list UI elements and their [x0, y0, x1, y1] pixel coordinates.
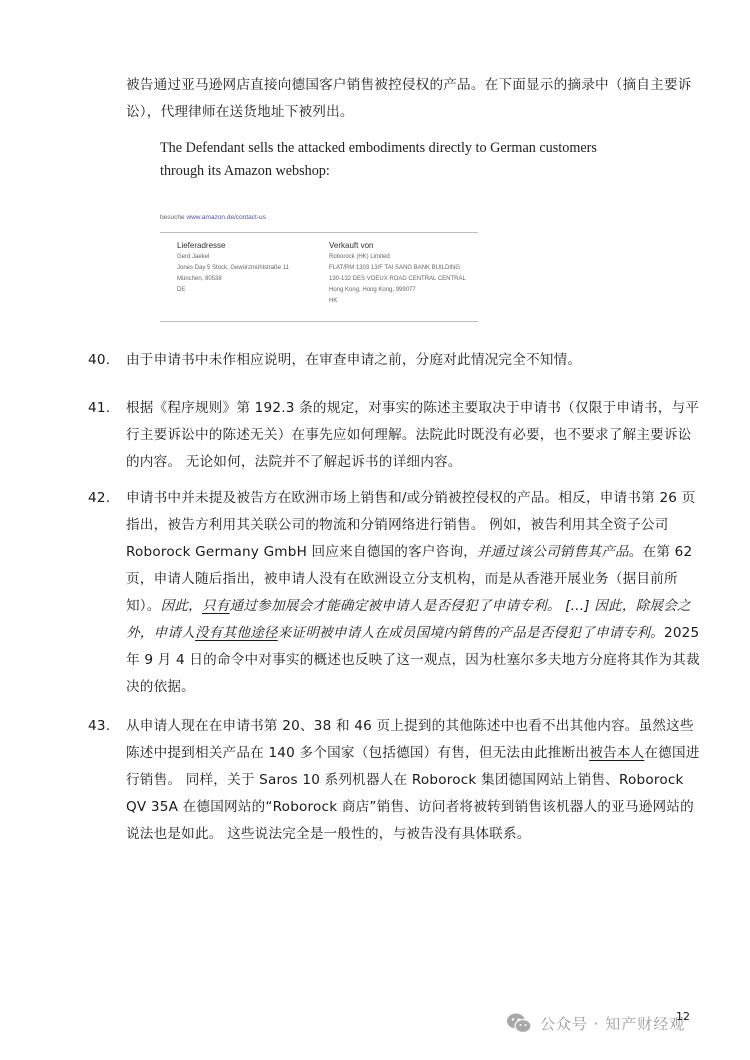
page-number: 12	[676, 1010, 690, 1023]
delivery-line: München, 80538	[177, 274, 289, 285]
visit-prefix: besuche	[160, 214, 185, 221]
contact-line: besuche www.amazon.de/contact-us	[160, 214, 266, 221]
underlined-segment: 被告本人	[589, 745, 644, 761]
delivery-line: Jones Day 5 Stock, Gewürzmühlstraße 11	[177, 263, 289, 274]
divider	[160, 321, 478, 322]
seller-line: Hong Kong, Hong Kong, 999077	[329, 285, 466, 296]
seller-line: 130-132 DES VOEUX ROAD CENTRAL CENTRAL	[329, 274, 466, 285]
wechat-watermark: 公众号 · 知产财经观	[506, 1012, 685, 1034]
italic-segment: 因此，	[161, 598, 202, 614]
intro-paragraph: 被告通过亚马逊网店直接向德国客户销售被控侵权的产品。在下面显示的摘录中（摘自主要…	[126, 72, 701, 126]
seller-line: HK	[329, 296, 466, 307]
italic-segment: 来证明被申请人在成员国境内销售的产品是否侵犯了申请专利。	[278, 625, 664, 641]
paragraph-number: 43.	[88, 713, 126, 740]
paragraph-number: 41.	[88, 395, 126, 422]
paragraph-body: 申请书中并未提及被告方在欧洲市场上销售和/或分销被控侵权的产品。相反，申请书第 …	[126, 485, 702, 701]
wechat-icon	[506, 1012, 532, 1034]
delivery-line: Gerd Jaekel	[177, 252, 289, 263]
seller-line: FLAT/RM 1303 13/F TAI SANG BANK BUILDING	[329, 263, 466, 274]
delivery-address-block: Lieferadresse Gerd Jaekel Jones Day 5 St…	[177, 240, 289, 296]
paragraph-body: 从申请人现在在申请书第 20、38 和 46 页上提到的其他陈述中也看不出其他内…	[126, 713, 702, 848]
amazon-order-screenshot: besuche www.amazon.de/contact-us Liefera…	[160, 210, 478, 322]
delivery-line: DE	[177, 285, 289, 296]
italic-underlined-segment: 没有其他途径	[195, 625, 278, 641]
seller-heading: Verkauft von	[329, 240, 466, 252]
divider	[160, 232, 478, 233]
seller-block: Verkauft von Roborock (HK) Limited FLAT/…	[329, 240, 466, 307]
amazon-contact-link[interactable]: www.amazon.de/contact-us	[186, 214, 265, 221]
delivery-address-heading: Lieferadresse	[177, 240, 289, 252]
paragraph-number: 42.	[88, 485, 126, 512]
seller-line: Roborock (HK) Limited	[329, 252, 466, 263]
text-segment: 由于申请书中未作相应说明，在审查申请之前，分庭对此情况完全不知情。	[126, 352, 581, 368]
paragraph-number: 40.	[88, 347, 126, 374]
watermark-text: 公众号 · 知产财经观	[540, 1013, 685, 1034]
quoted-english-text: The Defendant sells the attacked embodim…	[160, 137, 640, 183]
paragraph-body: 由于申请书中未作相应说明，在审查申请之前，分庭对此情况完全不知情。	[126, 347, 702, 374]
italic-segment: 并通过该公司销售其产品	[477, 544, 629, 560]
italic-underlined-segment: 只有	[202, 598, 230, 614]
paragraph-body: 根据《程序规则》第 192.3 条的规定，对事实的陈述主要取决于申请书（仅限于申…	[126, 395, 702, 476]
document-page: 被告通过亚马逊网店直接向德国客户销售被控侵权的产品。在下面显示的摘录中（摘自主要…	[0, 0, 750, 1060]
text-segment: 根据《程序规则》第 192.3 条的规定，对事实的陈述主要取决于申请书（仅限于申…	[126, 400, 699, 470]
